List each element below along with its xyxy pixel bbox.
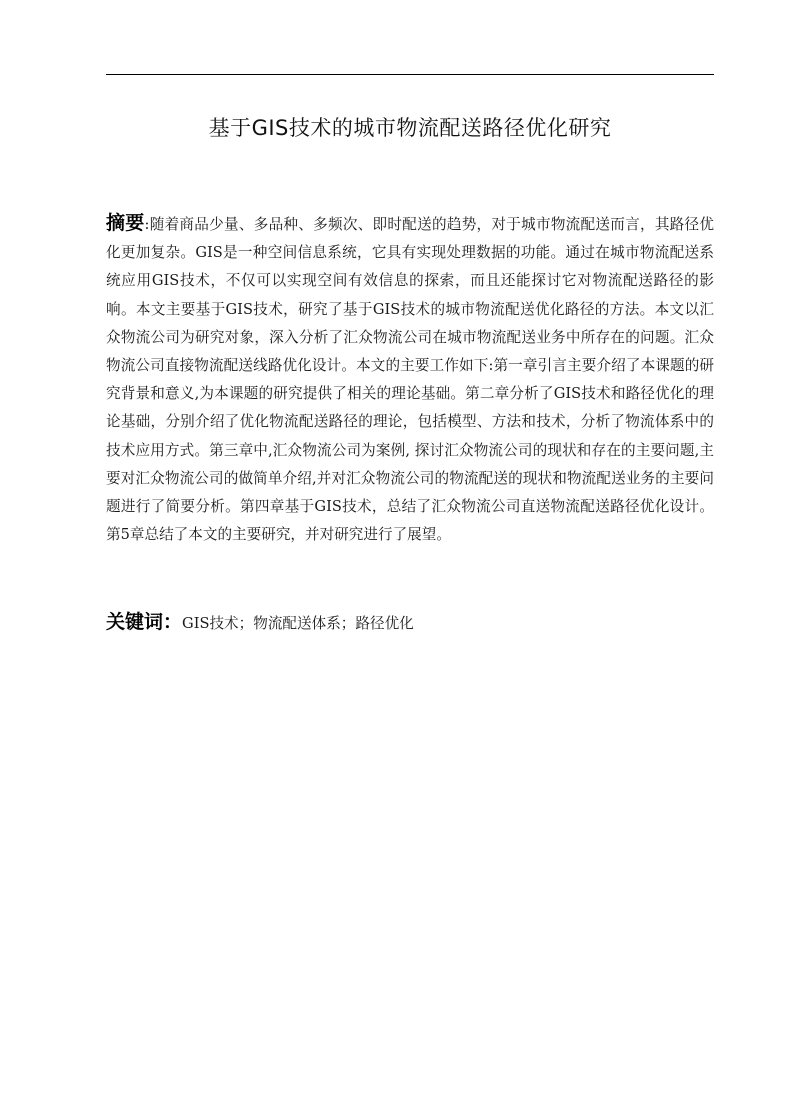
keywords-line: 关键词：GIS技术；物流配送体系；路径优化: [106, 607, 714, 639]
keywords-label: 关键词: [106, 611, 163, 633]
keywords-separator: ：: [163, 611, 182, 633]
abstract-paragraph: 摘要:随着商品少量、多品种、多频次、即时配送的趋势，对于城市物流配送而言，其路径…: [106, 209, 714, 549]
abstract-label: 摘要: [106, 212, 145, 234]
keywords-text: GIS技术；物流配送体系；路径优化: [182, 615, 414, 632]
abstract-text: 随着商品少量、多品种、多频次、即时配送的趋势，对于城市物流配送而言，其路径优化更…: [106, 216, 714, 543]
paper-title: 基于GIS技术的城市物流配送路径优化研究: [106, 112, 714, 144]
header-rule: [106, 74, 714, 75]
